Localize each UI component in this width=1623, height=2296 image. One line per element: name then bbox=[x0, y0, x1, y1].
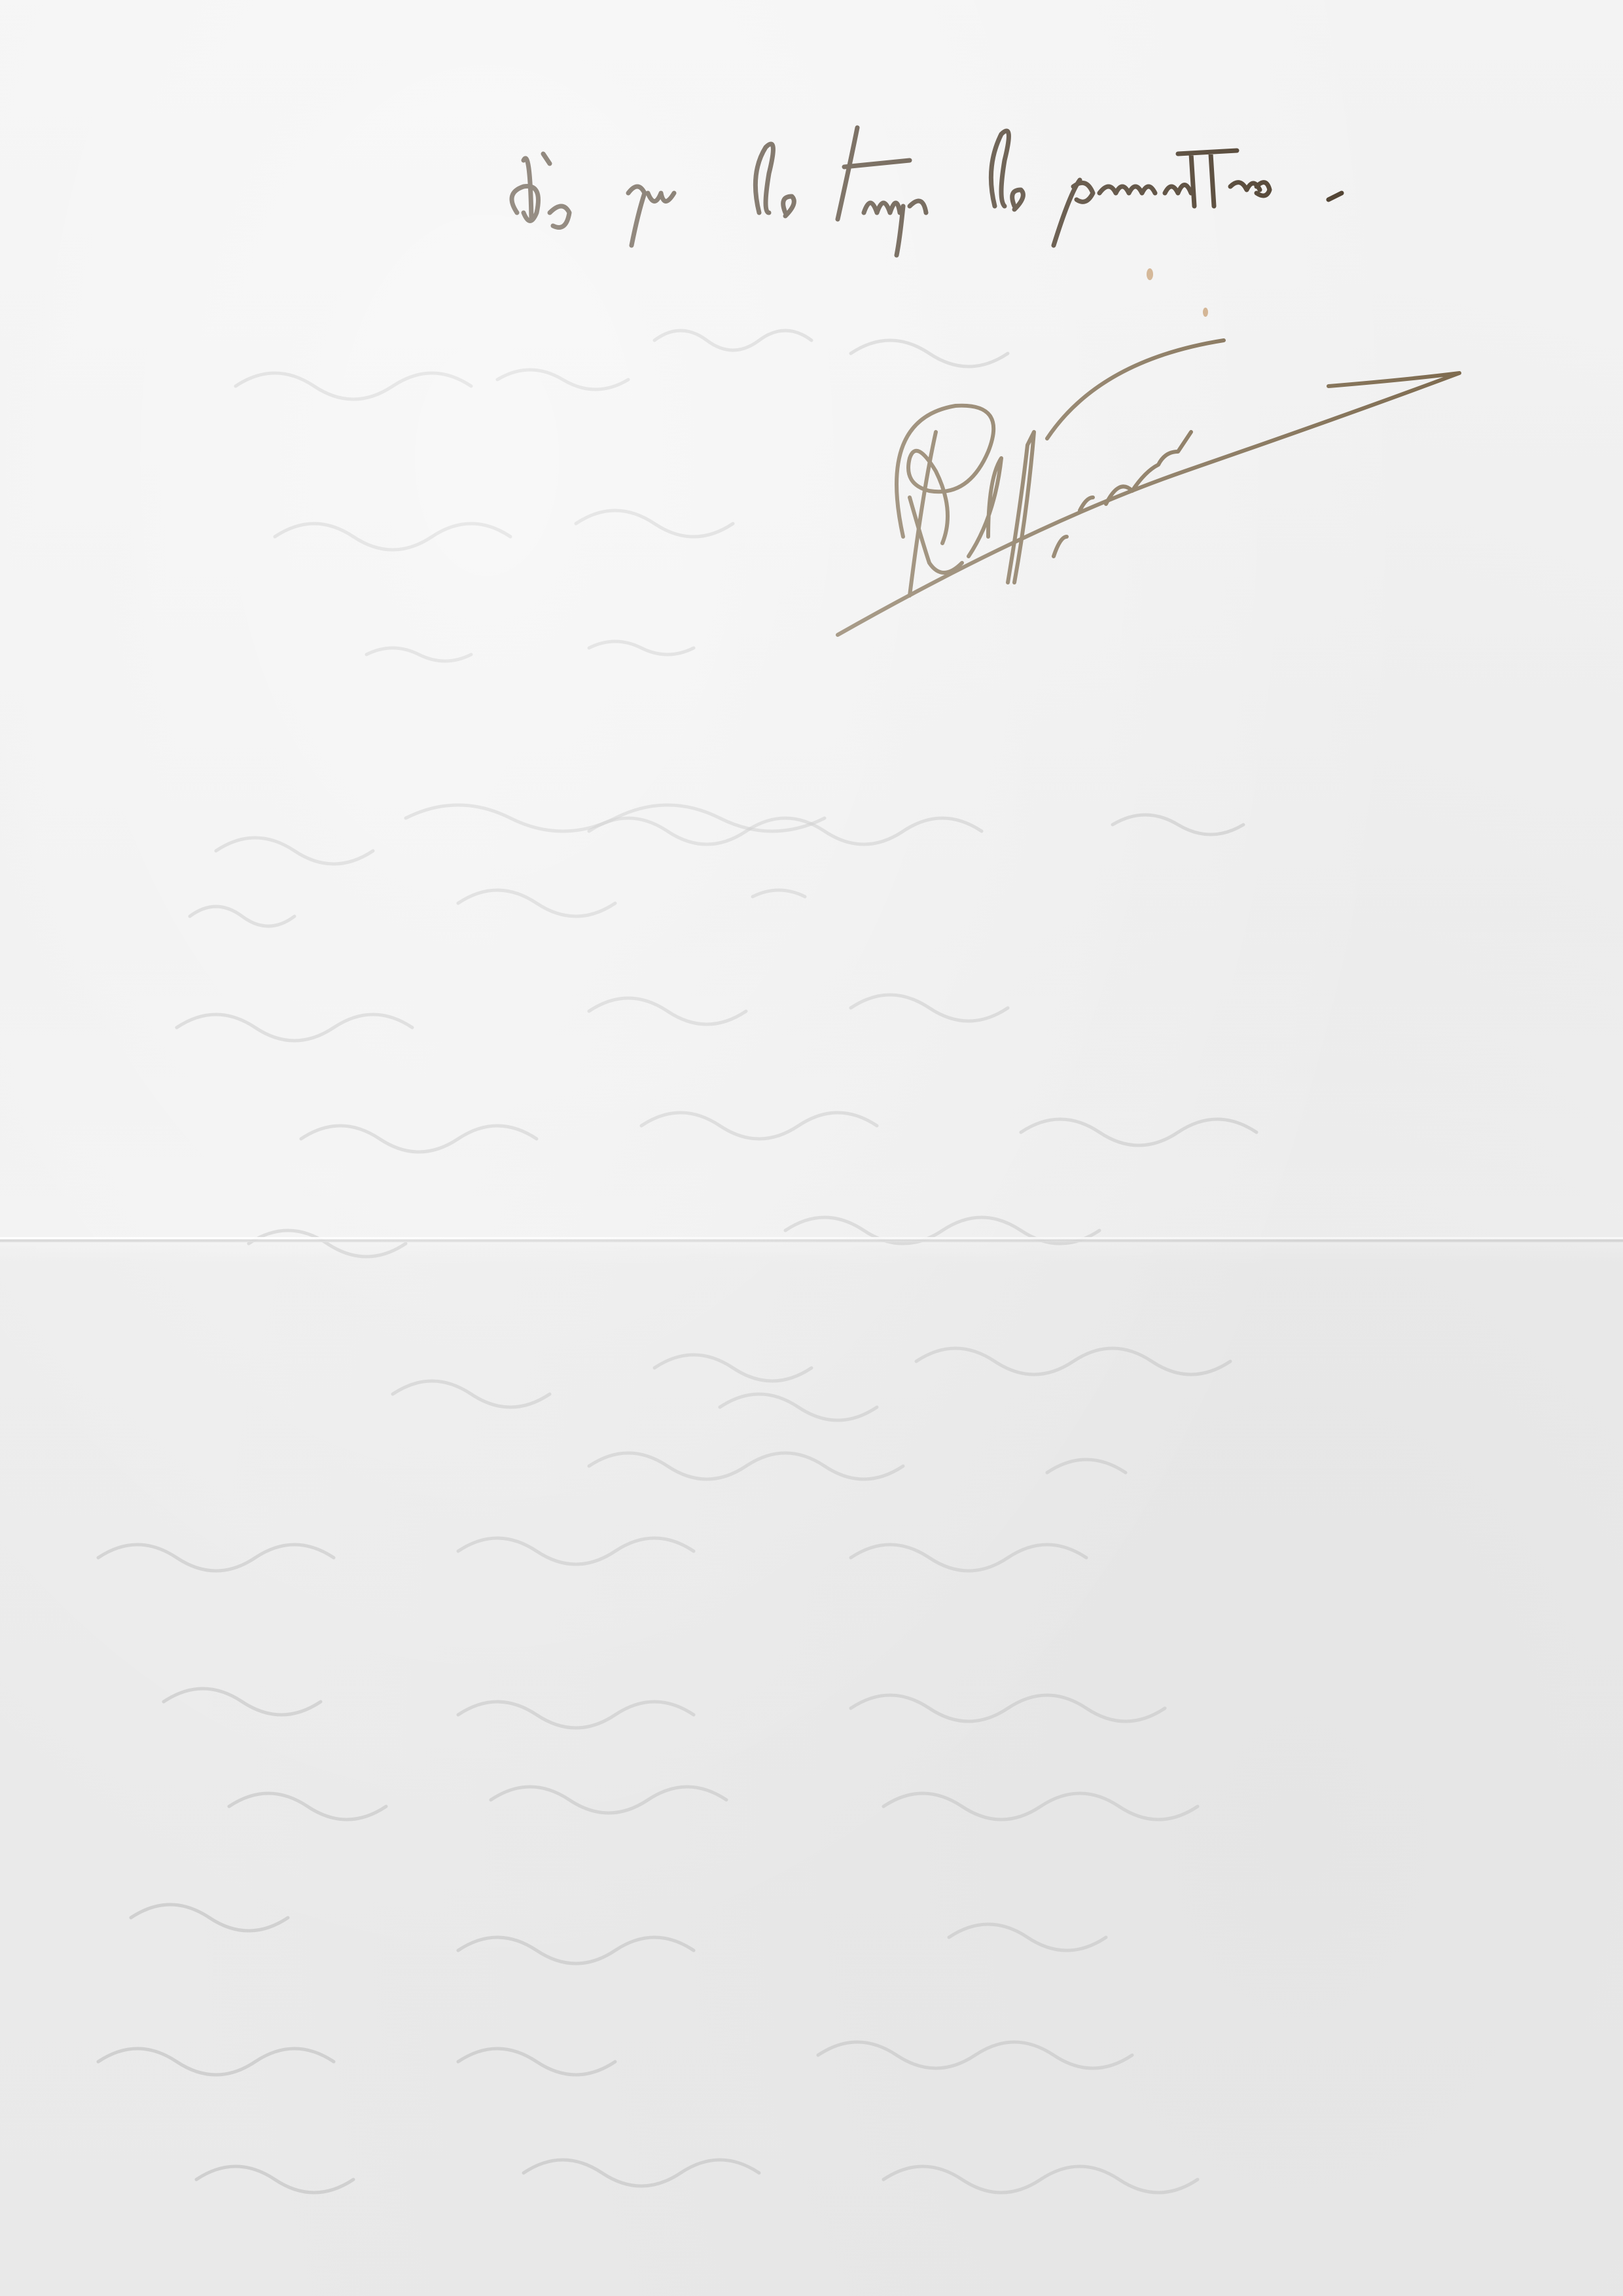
closing-line: Dès que le temps le permettra - bbox=[497, 115, 1584, 259]
signature: R. Nivelle bbox=[831, 340, 1486, 655]
ink-spot bbox=[1203, 308, 1208, 317]
fold-crease bbox=[0, 1237, 1623, 1242]
ink-spot bbox=[1147, 268, 1153, 280]
letter-page: Dès que le temps le permettra - R. Nivel… bbox=[0, 0, 1623, 2296]
